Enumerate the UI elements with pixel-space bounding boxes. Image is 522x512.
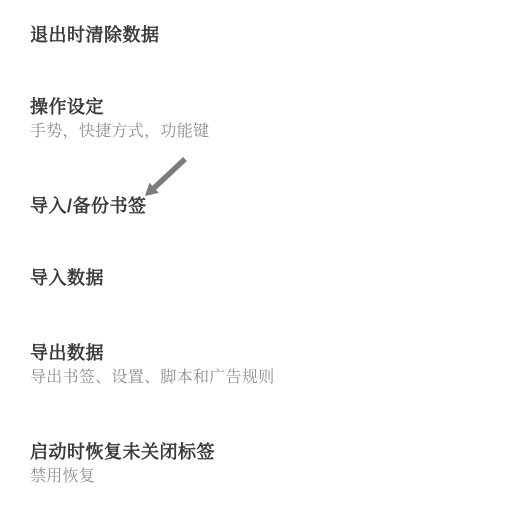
settings-item-subtitle: 导出书签、设置、脚本和广告规则 <box>30 367 522 389</box>
settings-item-subtitle: 手势，快捷方式，功能键 <box>30 121 522 143</box>
settings-item-title: 退出时清除数据 <box>30 23 522 47</box>
settings-item-clear-data-on-exit[interactable]: 退出时清除数据 <box>0 23 522 47</box>
settings-item-title: 操作设定 <box>30 95 522 119</box>
settings-item-title: 导入/备份书签 <box>30 194 522 218</box>
settings-item-subtitle: 禁用恢复 <box>30 466 522 488</box>
settings-screen: 退出时清除数据 操作设定 手势，快捷方式，功能键 导入/备份书签 导入数据 导出… <box>0 0 522 512</box>
settings-item-import-backup-bookmarks[interactable]: 导入/备份书签 <box>0 194 522 218</box>
settings-item-import-data[interactable]: 导入数据 <box>0 266 522 290</box>
settings-item-title: 导出数据 <box>30 341 522 365</box>
settings-item-export-data[interactable]: 导出数据 导出书签、设置、脚本和广告规则 <box>0 341 522 389</box>
settings-item-title: 启动时恢复未关闭标签 <box>30 440 522 464</box>
settings-item-operation-settings[interactable]: 操作设定 手势，快捷方式，功能键 <box>0 95 522 143</box>
settings-item-title: 导入数据 <box>30 266 522 290</box>
settings-item-restore-unclosed-tabs[interactable]: 启动时恢复未关闭标签 禁用恢复 <box>0 440 522 488</box>
